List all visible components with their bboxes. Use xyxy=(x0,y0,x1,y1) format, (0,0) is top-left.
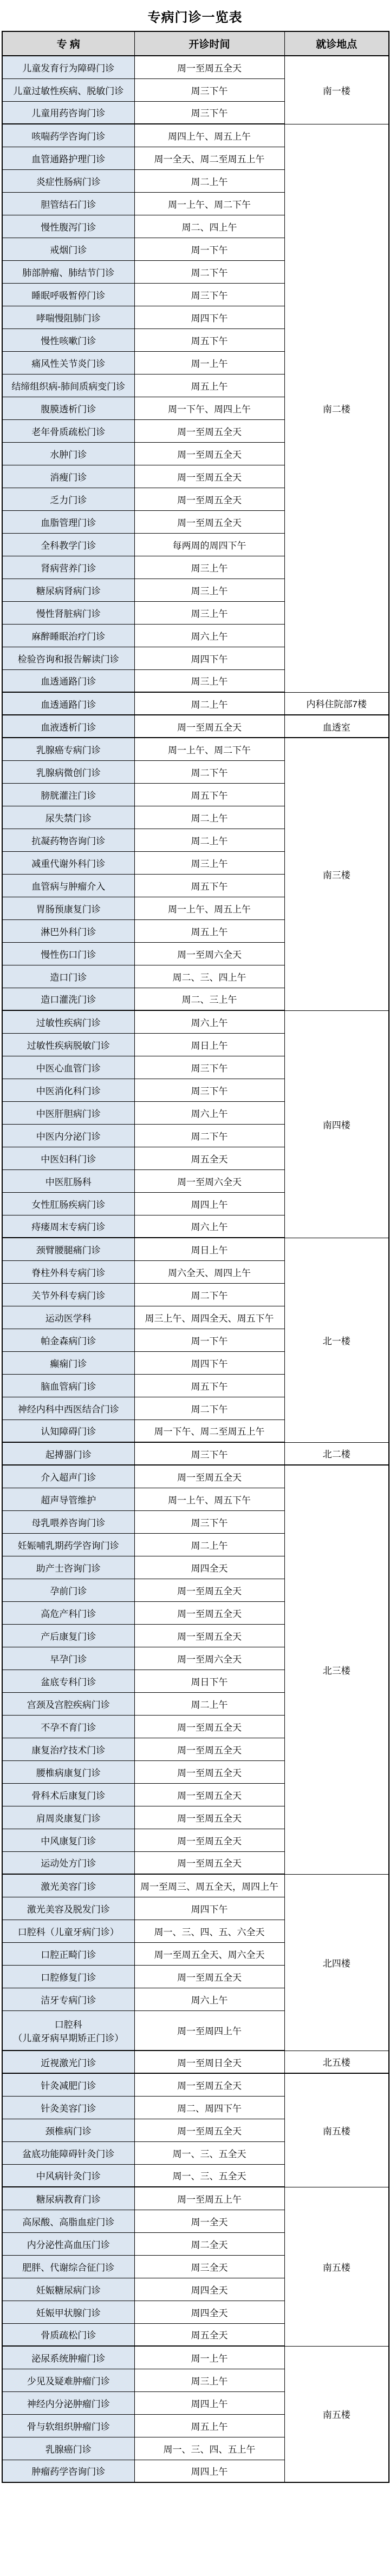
disease-cell: 口腔科 （儿童牙病早期矫正门诊） xyxy=(2,2010,134,2051)
time-cell: 周六上午 xyxy=(134,1010,284,1033)
disease-cell: 减重代谢外科门诊 xyxy=(2,851,134,874)
disease-cell: 肩周炎康复门诊 xyxy=(2,1806,134,1829)
disease-cell: 高尿酸、高脂血症门诊 xyxy=(2,2210,134,2232)
time-cell: 周四上午、周五上午 xyxy=(134,124,284,147)
disease-cell: 内分泌性高血压门诊 xyxy=(2,2232,134,2255)
disease-cell: 中医心血管门诊 xyxy=(2,1056,134,1079)
disease-cell: 盆底功能障碍针灸门诊 xyxy=(2,2141,134,2164)
disease-cell: 炎症性肠病门诊 xyxy=(2,169,134,192)
disease-cell: 妊娠甲状腺门诊 xyxy=(2,2301,134,2323)
table-row: 咳喘药学咨询门诊周四上午、周五上午南二楼 xyxy=(2,124,389,147)
time-cell: 周一、三、五全天 xyxy=(134,2164,284,2187)
time-cell: 周一至周六全天 xyxy=(134,1647,284,1670)
disease-cell: 膀胱灌注门诊 xyxy=(2,783,134,806)
disease-cell: 认知障碍门诊 xyxy=(2,1420,134,1442)
table-row: 血液透析门诊周一至周五全天血透室 xyxy=(2,715,389,738)
disease-cell: 尿失禁门诊 xyxy=(2,806,134,829)
time-cell: 周一上午、周二下午 xyxy=(134,738,284,760)
time-cell: 周二下午 xyxy=(134,1124,284,1147)
time-cell: 周二、三上午 xyxy=(134,988,284,1010)
time-cell: 周一下午 xyxy=(134,238,284,260)
time-cell: 周三下午 xyxy=(134,1442,284,1465)
disease-cell: 儿童过敏性疾病、脱敏门诊 xyxy=(2,78,134,101)
time-cell: 周二下午 xyxy=(134,260,284,283)
time-cell: 周五全天 xyxy=(134,2323,284,2346)
disease-cell: 血脂管理门诊 xyxy=(2,510,134,533)
time-cell: 周三上午 xyxy=(134,579,284,601)
time-cell: 周一、三、四、五、六全天 xyxy=(134,1920,284,1942)
time-cell: 周二上午 xyxy=(134,829,284,851)
disease-cell: 介入超声门诊 xyxy=(2,1465,134,1488)
disease-cell: 洁牙专病门诊 xyxy=(2,1988,134,2010)
time-cell: 周一全天 xyxy=(134,2210,284,2232)
disease-cell: 神经内分泌肿瘤门诊 xyxy=(2,2391,134,2414)
disease-cell: 女性肛肠疾病门诊 xyxy=(2,1192,134,1215)
disease-cell: 老年骨质疏松门诊 xyxy=(2,419,134,442)
disease-cell: 不孕不育门诊 xyxy=(2,1715,134,1738)
disease-cell: 血透通路门诊 xyxy=(2,669,134,692)
time-cell: 周六上午 xyxy=(134,1101,284,1124)
time-cell: 周一至周五全天 xyxy=(134,1601,284,1624)
table-row: 糖尿病教育门诊周一至周五上午南五楼 xyxy=(2,2187,389,2210)
time-cell: 周五下午 xyxy=(134,328,284,351)
time-cell: 周一至周四上午 xyxy=(134,2010,284,2051)
time-cell: 周一至周六全天 xyxy=(134,942,284,965)
time-cell: 周二上午 xyxy=(134,1533,284,1556)
time-cell: 周一下午 xyxy=(134,1329,284,1351)
time-cell: 周一至周五全天 xyxy=(134,1738,284,1760)
time-cell: 周六上午 xyxy=(134,1215,284,1238)
time-cell: 周一至周五全天 xyxy=(134,1760,284,1783)
disease-cell: 口腔科（儿童牙病门诊） xyxy=(2,1920,134,1942)
location-cell: 北四楼 xyxy=(284,1874,389,2051)
disease-cell: 慢性伤口门诊 xyxy=(2,942,134,965)
column-header-location: 就诊地点 xyxy=(284,31,389,56)
time-cell: 周一上午、周五上午 xyxy=(134,897,284,919)
time-cell: 周六上午 xyxy=(134,624,284,647)
disease-cell: 中医肝胆病门诊 xyxy=(2,1101,134,1124)
disease-cell: 胃肠预康复门诊 xyxy=(2,897,134,919)
disease-cell: 戒烟门诊 xyxy=(2,238,134,260)
time-cell: 周一至周五全天 xyxy=(134,419,284,442)
location-cell: 南五楼 xyxy=(284,2073,389,2187)
time-cell: 周一至周五全天 xyxy=(134,715,284,738)
disease-cell: 结缔组织病-肺间质病变门诊 xyxy=(2,374,134,397)
disease-cell: 乳腺癌专病门诊 xyxy=(2,738,134,760)
time-cell: 周四全天 xyxy=(134,2278,284,2301)
time-cell: 周五下午 xyxy=(134,783,284,806)
disease-cell: 肥胖、代谢综合征门诊 xyxy=(2,2255,134,2278)
location-cell: 血透室 xyxy=(284,715,389,738)
disease-cell: 超声导管维护 xyxy=(2,1488,134,1510)
time-cell: 周六上午 xyxy=(134,1988,284,2010)
disease-cell: 消瘦门诊 xyxy=(2,465,134,488)
disease-cell: 乏力门诊 xyxy=(2,488,134,510)
disease-cell: 淋巴外科门诊 xyxy=(2,919,134,942)
time-cell: 每两周的周四下午 xyxy=(134,533,284,556)
disease-cell: 胆管结石门诊 xyxy=(2,192,134,215)
location-cell: 南五楼 xyxy=(284,2187,389,2346)
location-cell: 北五楼 xyxy=(284,2051,389,2073)
disease-cell: 脑血管病门诊 xyxy=(2,1374,134,1397)
disease-cell: 咳喘药学咨询门诊 xyxy=(2,124,134,147)
disease-cell: 肿瘤药学咨询门诊 xyxy=(2,2460,134,2482)
disease-cell: 孕前门诊 xyxy=(2,1579,134,1601)
disease-cell: 口腔正畸门诊 xyxy=(2,1942,134,1965)
table-row: 儿童发育行为障碍门诊周一至周五全天南一楼 xyxy=(2,56,389,78)
time-cell: 周二全天 xyxy=(134,2232,284,2255)
time-cell: 周四全天 xyxy=(134,2301,284,2323)
time-cell: 周五上午 xyxy=(134,2414,284,2437)
location-cell: 北二楼 xyxy=(284,1442,389,1465)
table-row: 乳腺癌专病门诊周一上午、周二下午南三楼 xyxy=(2,738,389,760)
disease-cell: 骨科术后康复门诊 xyxy=(2,1783,134,1806)
time-cell: 周五上午 xyxy=(134,919,284,942)
time-cell: 周六全天、周四上午 xyxy=(134,1260,284,1283)
time-cell: 周四下午 xyxy=(134,1897,284,1920)
time-cell: 周一至周五全天 xyxy=(134,1783,284,1806)
disease-cell: 乳腺病微创门诊 xyxy=(2,760,134,783)
disease-cell: 运动处方门诊 xyxy=(2,1851,134,1874)
table-row: 血透通路门诊周二上午内科住院部7楼 xyxy=(2,692,389,715)
time-cell: 周一上午、周二下午 xyxy=(134,192,284,215)
disease-cell: 糖尿病肾病门诊 xyxy=(2,579,134,601)
time-cell: 周一上午 xyxy=(134,351,284,374)
time-cell: 周一至周五全天、周六全天 xyxy=(134,1942,284,1965)
time-cell: 周三上午 xyxy=(134,556,284,579)
table-row: 起搏器门诊周三下午北二楼 xyxy=(2,1442,389,1465)
disease-cell: 肾病营养门诊 xyxy=(2,556,134,579)
time-cell: 周四上午 xyxy=(134,1192,284,1215)
disease-cell: 血管病与肿瘤介入 xyxy=(2,874,134,897)
disease-cell: 产后康复门诊 xyxy=(2,1624,134,1647)
disease-cell: 水肿门诊 xyxy=(2,442,134,465)
time-cell: 周四下午 xyxy=(134,306,284,328)
time-cell: 周五下午 xyxy=(134,874,284,897)
time-cell: 周一至周五全天 xyxy=(134,465,284,488)
time-cell: 周三上午 xyxy=(134,669,284,692)
disease-cell: 口腔修复门诊 xyxy=(2,1965,134,1988)
time-cell: 周一至周五全天 xyxy=(134,488,284,510)
time-cell: 周三下午 xyxy=(134,1510,284,1533)
disease-cell: 针灸美容门诊 xyxy=(2,2096,134,2119)
disease-cell: 癫痫门诊 xyxy=(2,1351,134,1374)
time-cell: 周三上午 xyxy=(134,2369,284,2391)
disease-cell: 痔瘘周末专病门诊 xyxy=(2,1215,134,1238)
table-row: 激光美容门诊周一至周三、周五全天，周四上午北四楼 xyxy=(2,1874,389,1897)
time-cell: 周一上午、周五下午 xyxy=(134,1488,284,1510)
disease-cell: 睡眠呼吸暂停门诊 xyxy=(2,283,134,306)
disease-cell: 激光美容及脱发门诊 xyxy=(2,1897,134,1920)
disease-cell: 儿童用药咨询门诊 xyxy=(2,101,134,124)
time-cell: 周一至周五全天 xyxy=(134,56,284,78)
page-title: 专病门诊一览表 xyxy=(0,0,390,31)
disease-cell: 哮喘慢阻肺门诊 xyxy=(2,306,134,328)
disease-cell: 颈椎病门诊 xyxy=(2,2119,134,2141)
time-cell: 周四下午 xyxy=(134,1351,284,1374)
header-row: 专 病 开诊时间 就诊地点 xyxy=(2,31,389,56)
disease-cell: 造口灌洗门诊 xyxy=(2,988,134,1010)
disease-cell: 近视激光门诊 xyxy=(2,2051,134,2073)
time-cell: 周二上午 xyxy=(134,692,284,715)
disease-cell: 脊柱外科专病门诊 xyxy=(2,1260,134,1283)
time-cell: 周一至周五全天 xyxy=(134,2073,284,2096)
disease-cell: 慢性腹泻门诊 xyxy=(2,215,134,238)
time-cell: 周一至周五上午 xyxy=(134,2187,284,2210)
disease-cell: 儿童发育行为障碍门诊 xyxy=(2,56,134,78)
disease-cell: 骨与软组织肿瘤门诊 xyxy=(2,2414,134,2437)
disease-cell: 针灸减肥门诊 xyxy=(2,2073,134,2096)
disease-cell: 血管通路护理门诊 xyxy=(2,147,134,169)
time-cell: 周四下午 xyxy=(134,647,284,669)
disease-cell: 关节外科专病门诊 xyxy=(2,1283,134,1306)
time-cell: 周一至周五全天 xyxy=(134,1965,284,1988)
disease-cell: 血液透析门诊 xyxy=(2,715,134,738)
disease-cell: 腹膜透析门诊 xyxy=(2,397,134,419)
time-cell: 周二下午 xyxy=(134,1397,284,1420)
table-row: 针灸减肥门诊周一至周五全天南五楼 xyxy=(2,2073,389,2096)
time-cell: 周四上午 xyxy=(134,2391,284,2414)
time-cell: 周一至周五全天 xyxy=(134,1465,284,1488)
disease-cell: 麻醉睡眠治疗门诊 xyxy=(2,624,134,647)
disease-cell: 神经内科中西医结合门诊 xyxy=(2,1397,134,1420)
location-cell: 南一楼 xyxy=(284,56,389,124)
disease-cell: 血透通路门诊 xyxy=(2,692,134,715)
time-cell: 周一上午 xyxy=(134,2346,284,2369)
time-cell: 周五下午 xyxy=(134,1374,284,1397)
time-cell: 周二下午 xyxy=(134,760,284,783)
table-row: 介入超声门诊周一至周五全天北三楼 xyxy=(2,1465,389,1488)
time-cell: 周一至周五全天 xyxy=(134,1715,284,1738)
disease-cell: 中医肛肠科 xyxy=(2,1169,134,1192)
location-cell: 南四楼 xyxy=(284,1010,389,1238)
time-cell: 周一全天、周二至周五上午 xyxy=(134,147,284,169)
disease-cell: 过敏性疾病门诊 xyxy=(2,1010,134,1033)
disease-cell: 过敏性疾病脱敏门诊 xyxy=(2,1033,134,1056)
disease-cell: 妊娠糖尿病门诊 xyxy=(2,2278,134,2301)
clinic-schedule-table: 专 病 开诊时间 就诊地点 儿童发育行为障碍门诊周一至周五全天南一楼儿童过敏性疾… xyxy=(2,31,389,2483)
time-cell: 周一至周五全天 xyxy=(134,1806,284,1829)
disease-cell: 帕金森病门诊 xyxy=(2,1329,134,1351)
disease-cell: 痛风性关节炎门诊 xyxy=(2,351,134,374)
time-cell: 周三全天 xyxy=(134,2255,284,2278)
disease-cell: 造口门诊 xyxy=(2,965,134,988)
table-row: 过敏性疾病门诊周六上午南四楼 xyxy=(2,1010,389,1033)
time-cell: 周一至周五全天 xyxy=(134,510,284,533)
time-cell: 周一下午、周四上午 xyxy=(134,397,284,419)
column-header-time: 开诊时间 xyxy=(134,31,284,56)
disease-cell: 盆底专科门诊 xyxy=(2,1670,134,1692)
table-row: 近视激光门诊周一至周日全天北五楼 xyxy=(2,2051,389,2073)
disease-cell: 少见及疑难肿瘤门诊 xyxy=(2,2369,134,2391)
location-cell: 南五楼 xyxy=(284,2346,389,2482)
time-cell: 周三下午 xyxy=(134,1079,284,1101)
disease-cell: 起搏器门诊 xyxy=(2,1442,134,1465)
disease-cell: 中风病针灸门诊 xyxy=(2,2164,134,2187)
disease-cell: 宫颈及宫腔疾病门诊 xyxy=(2,1692,134,1715)
disease-cell: 中医消化科门诊 xyxy=(2,1079,134,1101)
time-cell: 周一至周日全天 xyxy=(134,2051,284,2073)
disease-cell: 颈臂腰腿痛门诊 xyxy=(2,1238,134,1260)
disease-cell: 运动医学科 xyxy=(2,1306,134,1329)
time-cell: 周一至周五全天 xyxy=(134,1829,284,1851)
time-cell: 周一至周五全天 xyxy=(134,1851,284,1874)
time-cell: 周二、四上午 xyxy=(134,215,284,238)
disease-cell: 助产士咨询门诊 xyxy=(2,1556,134,1579)
time-cell: 周五全天 xyxy=(134,1147,284,1169)
table-row: 颈臂腰腿痛门诊周日上午北一楼 xyxy=(2,1238,389,1260)
location-cell: 南三楼 xyxy=(284,738,389,1010)
time-cell: 周日下午 xyxy=(134,1670,284,1692)
time-cell: 周一、三、四、五上午 xyxy=(134,2437,284,2460)
disease-cell: 检验咨询和报告解读门诊 xyxy=(2,647,134,669)
time-cell: 周三下午 xyxy=(134,283,284,306)
disease-cell: 慢性肾脏病门诊 xyxy=(2,601,134,624)
time-cell: 周一至周六全天 xyxy=(134,1169,284,1192)
disease-cell: 抗凝药物咨询门诊 xyxy=(2,829,134,851)
time-cell: 周日上午 xyxy=(134,1238,284,1260)
time-cell: 周三下午 xyxy=(134,1056,284,1079)
time-cell: 周二、周四下午 xyxy=(134,2096,284,2119)
column-header-disease: 专 病 xyxy=(2,31,134,56)
disease-cell: 糖尿病教育门诊 xyxy=(2,2187,134,2210)
time-cell: 周一、三、五全天 xyxy=(134,2141,284,2164)
time-cell: 周一至周五全天 xyxy=(134,2119,284,2141)
time-cell: 周三下午 xyxy=(134,101,284,124)
disease-cell: 全科教学门诊 xyxy=(2,533,134,556)
location-cell: 北一楼 xyxy=(284,1238,389,1442)
disease-cell: 早孕门诊 xyxy=(2,1647,134,1670)
disease-cell: 中医内分泌门诊 xyxy=(2,1124,134,1147)
time-cell: 周一至周五全天 xyxy=(134,442,284,465)
disease-cell: 泌尿系统肿瘤门诊 xyxy=(2,2346,134,2369)
time-cell: 周三上午 xyxy=(134,851,284,874)
disease-cell: 慢性咳嗽门诊 xyxy=(2,328,134,351)
time-cell: 周二、三、四上午 xyxy=(134,965,284,988)
location-cell: 内科住院部7楼 xyxy=(284,692,389,715)
disease-cell: 中风康复门诊 xyxy=(2,1829,134,1851)
disease-cell: 腰椎病康复门诊 xyxy=(2,1760,134,1783)
disease-cell: 激光美容门诊 xyxy=(2,1874,134,1897)
disease-cell: 骨质疏松门诊 xyxy=(2,2323,134,2346)
disease-cell: 中医妇科门诊 xyxy=(2,1147,134,1169)
time-cell: 周五上午 xyxy=(134,374,284,397)
time-cell: 周日上午 xyxy=(134,1033,284,1056)
time-cell: 周一至周五全天 xyxy=(134,1624,284,1647)
disease-cell: 肺部肿瘤、肺结节门诊 xyxy=(2,260,134,283)
time-cell: 周二下午 xyxy=(134,1283,284,1306)
table-body: 儿童发育行为障碍门诊周一至周五全天南一楼儿童过敏性疾病、脱敏门诊周三下午儿童用药… xyxy=(2,56,389,2482)
time-cell: 周四全天 xyxy=(134,1556,284,1579)
disease-cell: 乳腺癌门诊 xyxy=(2,2437,134,2460)
time-cell: 周四上午 xyxy=(134,2460,284,2482)
time-cell: 周二上午 xyxy=(134,169,284,192)
disease-cell: 妊娠哺乳期药学咨询门诊 xyxy=(2,1533,134,1556)
time-cell: 周三下午 xyxy=(134,78,284,101)
time-cell: 周一至周三、周五全天，周四上午 xyxy=(134,1874,284,1897)
time-cell: 周二上午 xyxy=(134,806,284,829)
table-row: 泌尿系统肿瘤门诊周一上午南五楼 xyxy=(2,2346,389,2369)
disease-cell: 康复治疗技术门诊 xyxy=(2,1738,134,1760)
location-cell: 北三楼 xyxy=(284,1465,389,1874)
time-cell: 周三上午 xyxy=(134,601,284,624)
time-cell: 周一下午、周二至周五上午 xyxy=(134,1420,284,1442)
time-cell: 周一至周五全天 xyxy=(134,1579,284,1601)
disease-cell: 母乳喂养咨询门诊 xyxy=(2,1510,134,1533)
time-cell: 周二上午 xyxy=(134,1692,284,1715)
location-cell: 南二楼 xyxy=(284,124,389,692)
disease-cell: 高危产科门诊 xyxy=(2,1601,134,1624)
time-cell: 周三上午、周四全天、周五下午 xyxy=(134,1306,284,1329)
